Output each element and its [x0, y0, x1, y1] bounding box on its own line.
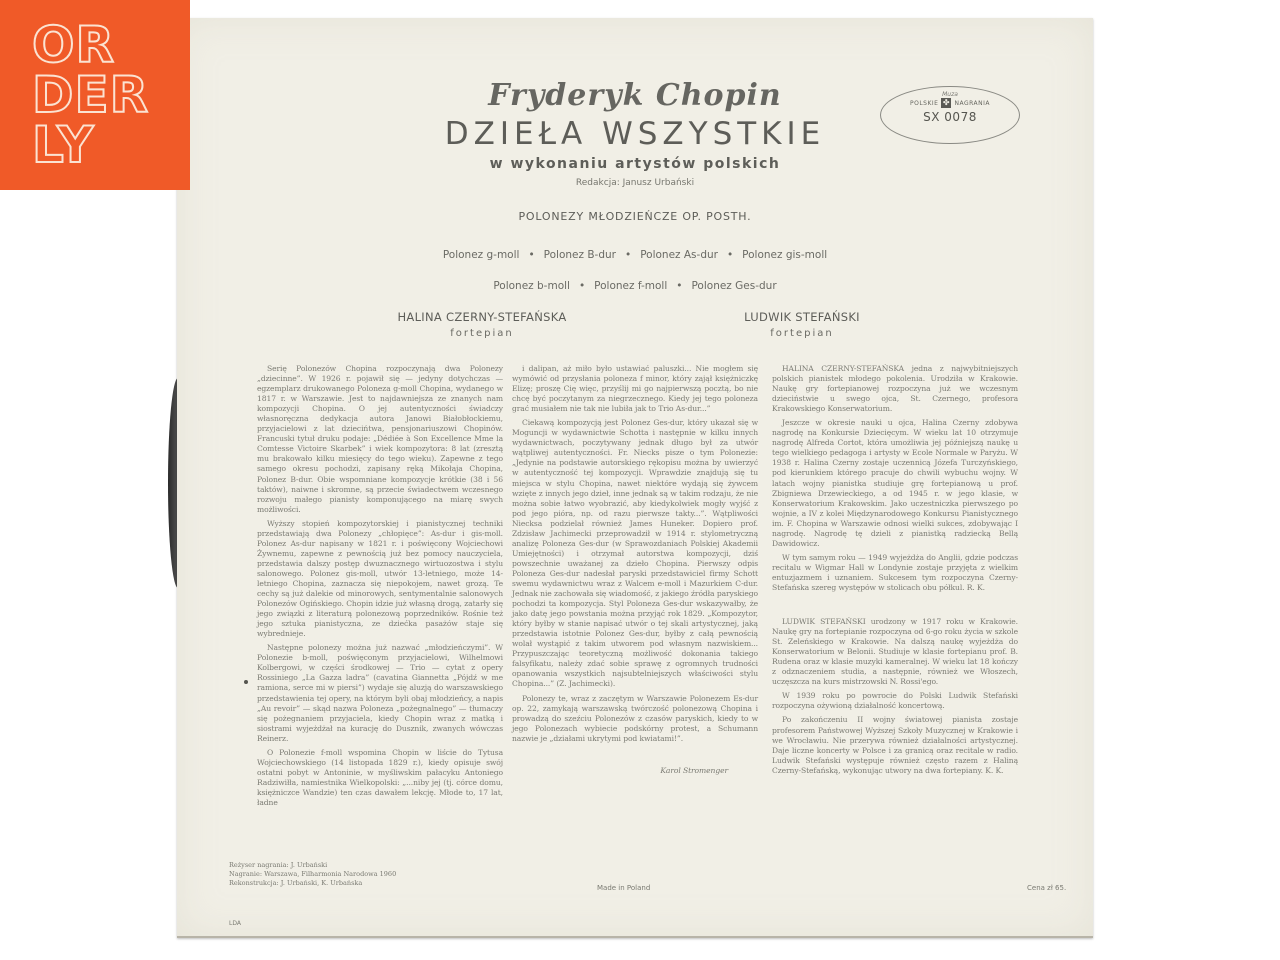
- author-signature: Karol Stromenger: [512, 766, 758, 776]
- performer-2: LUDWIK STEFAŃSKI fortepian: [702, 310, 902, 339]
- credit-line: Rekonstrukcja: J. Urbański, K. Urbańska: [229, 879, 396, 888]
- paragraph: HALINA CZERNY-STEFAŃSKA jedna z najwybit…: [772, 364, 1018, 414]
- liner-notes-column-2: i dalipan, aż miło było ustawiać paluszk…: [512, 364, 758, 780]
- paragraph: Wyższy stopień kompozytorskiej i pianist…: [257, 519, 503, 640]
- label-row: POLSKIE ✤ NAGRANIA: [881, 98, 1019, 108]
- label-left: POLSKIE: [910, 100, 939, 107]
- print-code: LDA: [229, 920, 241, 927]
- performer-name: HALINA CZERNY-STEFAŃSKA: [397, 310, 566, 324]
- logo-line-1: OR: [32, 20, 190, 70]
- paragraph: Ciekawą kompozycją jest Polonez Ges-dur,…: [512, 418, 758, 689]
- editor-credit: Redakcja: Janusz Urbański: [177, 178, 1093, 188]
- paragraph: LUDWIK STEFAŃSKI urodzony w 1917 roku w …: [772, 617, 1018, 687]
- catalog-number: SX 0078: [881, 110, 1019, 124]
- paragraph: Polonezy te, wraz z zaczętym w Warszawie…: [512, 694, 758, 744]
- paragraph: O Polonezie f-moll wspomina Chopin w liś…: [257, 748, 503, 808]
- credit-line: Nagranie: Warszawa, Filharmonia Narodowa…: [229, 870, 396, 879]
- paragraph: i dalipan, aż miło było ustawiać paluszk…: [512, 364, 758, 414]
- work-item: Polonez g-moll: [443, 249, 520, 261]
- performer-name: LUDWIK STEFAŃSKI: [744, 310, 860, 324]
- performer-instrument: fortepian: [382, 328, 582, 339]
- paragraph: Po zakończeniu II wojny światowej pianis…: [772, 715, 1018, 775]
- record-sleeve-back: Fryderyk Chopin DZIEŁA WSZYSTKIE w wykon…: [177, 18, 1093, 938]
- work-item: Polonez f-moll: [594, 280, 667, 292]
- work-item: Polonez As-dur: [640, 249, 718, 261]
- recording-credits: Reżyser nagrania: J. Urbański Nagranie: …: [229, 861, 396, 888]
- print-speck: [244, 680, 248, 684]
- performer-instrument: fortepian: [702, 328, 902, 339]
- work-item: Polonez gis-moll: [742, 249, 827, 261]
- paragraph: Jeszcze w okresie nauki u ojca, Halina C…: [772, 418, 1018, 549]
- performer-1: HALINA CZERNY-STEFAŃSKA fortepian: [382, 310, 582, 339]
- work-item: Polonez Ges-dur: [691, 280, 776, 292]
- work-item: Polonez b-moll: [493, 280, 570, 292]
- collection-subtitle: w wykonaniu artystów polskich: [177, 156, 1093, 172]
- paragraph: W 1939 roku po powrocie do Polski Ludwik…: [772, 691, 1018, 711]
- section-title: POLONEZY MŁODZIEŃCZE OP. POSTH.: [177, 210, 1093, 223]
- liner-notes-column-1: Serię Polonezów Chopina rozpoczynają dwa…: [257, 364, 503, 812]
- label-brand: Muza: [881, 91, 1019, 98]
- made-in: Made in Poland: [597, 884, 650, 892]
- paragraph: W tym samym roku — 1949 wyjeżdża do Angl…: [772, 553, 1018, 593]
- works-row-1: Polonez g-moll•Polonez B-dur•Polonez As-…: [177, 249, 1093, 261]
- works-row-2: Polonez b-moll•Polonez f-moll•Polonez Ge…: [177, 280, 1093, 292]
- polskie-nagrania-emblem-icon: ✤: [941, 98, 951, 108]
- paragraph: Następne polonezy można już nazwać „młod…: [257, 643, 503, 743]
- liner-notes-column-3: HALINA CZERNY-STEFAŃSKA jedna z najwybit…: [772, 364, 1018, 780]
- credit-line: Reżyser nagrania: J. Urbański: [229, 861, 396, 870]
- work-item: Polonez B-dur: [544, 249, 616, 261]
- logo-line-2: DER: [32, 70, 190, 120]
- record-label-badge: Muza POLSKIE ✤ NAGRANIA SX 0078: [880, 86, 1020, 144]
- paragraph: Serię Polonezów Chopina rozpoczynają dwa…: [257, 364, 503, 515]
- orderly-logo: OR DER LY: [0, 0, 190, 190]
- logo-line-3: LY: [32, 120, 190, 170]
- label-right: NAGRANIA: [954, 100, 990, 107]
- price: Cena zł 65.: [1027, 884, 1066, 892]
